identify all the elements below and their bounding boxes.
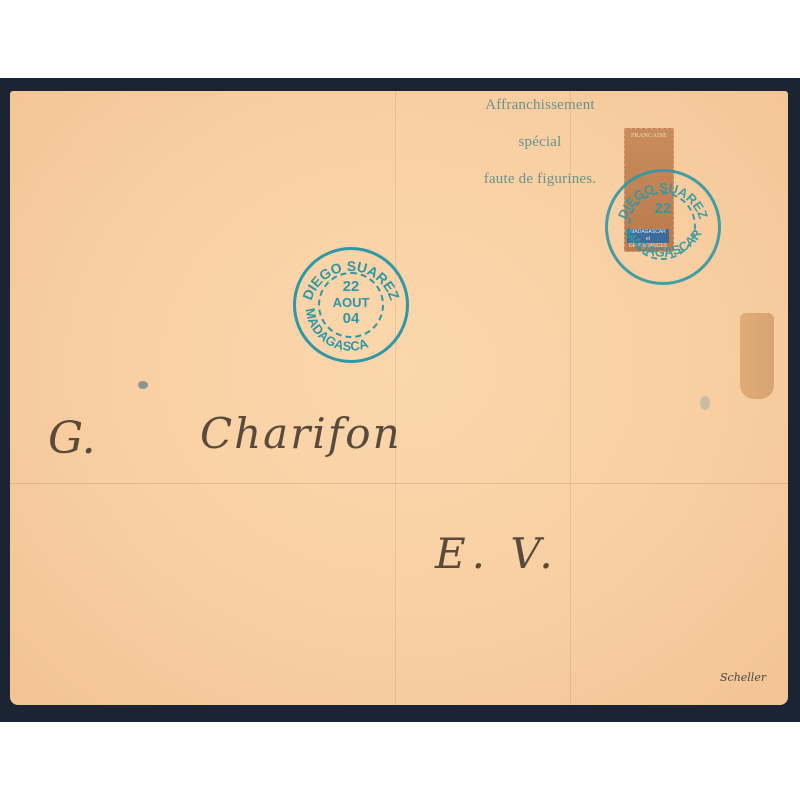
address-initial: G. (48, 413, 96, 464)
postmark-ring-text: DIEGO SUAREZ MADAGASCAR (608, 172, 718, 282)
ink-blot (138, 381, 148, 389)
fold-line (395, 91, 396, 705)
postmark-year: 04 (296, 312, 406, 326)
expert-signature: Scheller (720, 671, 766, 684)
postmark-center: DIEGO SUAREZ MADAGASCAR 22 AOUT 04 (293, 247, 409, 363)
postmark-day: 22 (296, 280, 406, 294)
fold-line (10, 483, 788, 484)
postmark-month: AOUT (296, 296, 406, 310)
ink-blot (700, 396, 710, 410)
postmark-day: 22 (608, 202, 718, 216)
svg-text:MADAGASCAR: MADAGASCAR (621, 226, 705, 260)
postmark-stamp: DIEGO SUAREZ MADAGASCAR 22 (605, 169, 721, 285)
envelope: Affranchissement spécial faute de figuri… (10, 91, 788, 705)
stamp-header: FRANCAISE (625, 133, 673, 139)
paper-stain (740, 313, 774, 399)
address-destination: E. V. (435, 529, 559, 578)
handstamp-line: Affranchissement (440, 91, 640, 124)
postmark-bottom-text: MADAGASCAR (621, 226, 705, 260)
address-name: Charifon (200, 409, 402, 458)
handstamp-line: spécial (440, 124, 640, 161)
